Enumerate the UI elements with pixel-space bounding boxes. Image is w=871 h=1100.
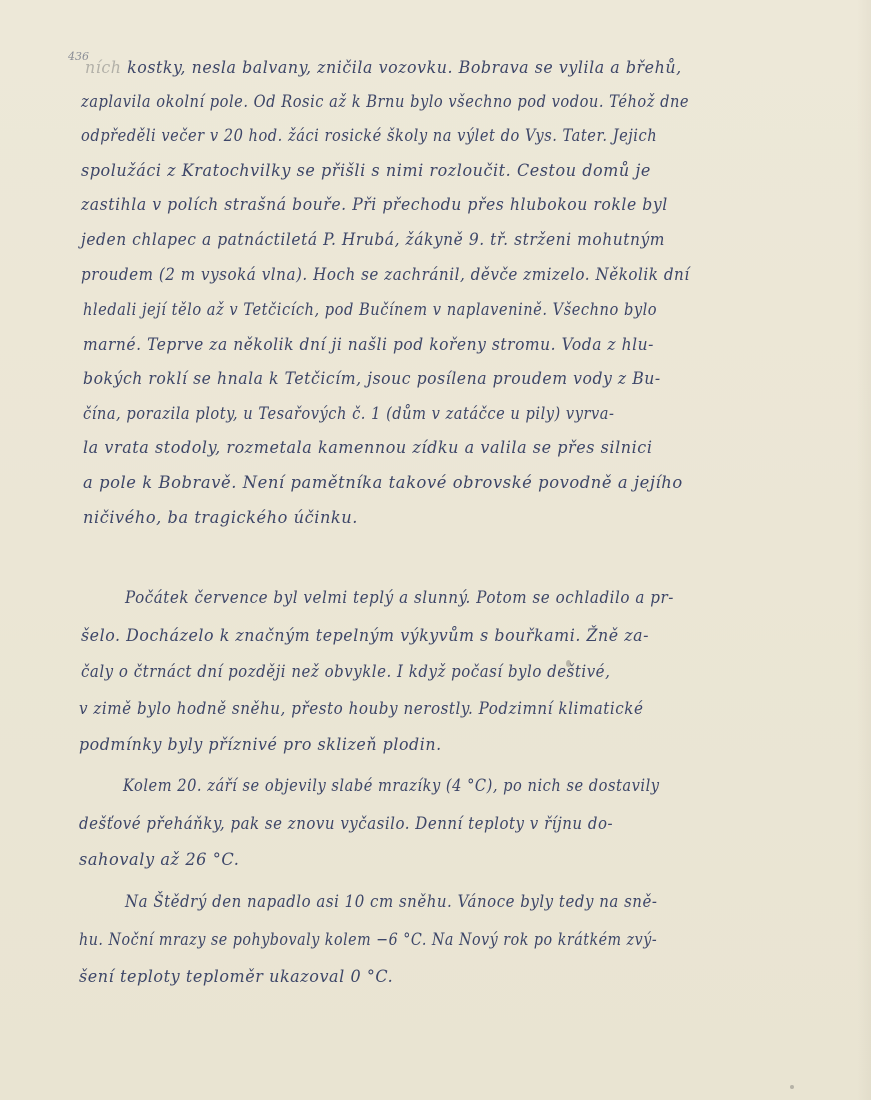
paragraph-start-line: Počátek července byl velmi teplý a slunn…	[125, 588, 674, 608]
paper-speck	[566, 660, 571, 667]
text-line: hledali její tělo až v Tetčicích, pod Bu…	[83, 300, 657, 320]
text-line: bokých roklí se hnala k Tetčicím, jsouc …	[83, 369, 661, 389]
paragraph-start-line: Na Štědrý den napadlo asi 10 cm sněhu. V…	[125, 892, 657, 912]
text-line: podmínky byly příznivé pro sklizeň plodi…	[79, 735, 442, 755]
text-line: odpředěli večer v 20 hod. žáci rosické š…	[81, 126, 657, 146]
paper-speck	[790, 1085, 794, 1089]
text-line: zaplavila okolní pole. Od Rosic až k Brn…	[81, 92, 689, 112]
text-line: proudem (2 m vysoká vlna). Hoch se zachr…	[81, 265, 690, 285]
text-line: marné. Teprve za několik dní ji našli po…	[83, 335, 654, 355]
text-line: čaly o čtrnáct dní později než obvykle. …	[81, 662, 610, 682]
text-line: v zimě bylo hodně sněhu, přesto houby ne…	[79, 699, 643, 719]
text-line: dešťové přeháňky, pak se znovu vyčasilo.…	[79, 814, 613, 834]
text-line: šelo. Docházelo k značným tepelným výkyv…	[81, 626, 649, 646]
text-line: spolužáci z Kratochvilky se přišli s nim…	[81, 161, 651, 181]
text-line: a pole k Bobravě. Není pamětníka takové …	[83, 473, 683, 493]
faded-word: ních	[85, 58, 122, 78]
paragraph-start-line: Kolem 20. září se objevily slabé mrazíky…	[123, 776, 660, 796]
text-line: la vrata stodoly, rozmetala kamennou zíd…	[83, 438, 652, 458]
manuscript-page: 436 ních kostky, nesla balvany, zničila …	[0, 0, 871, 1100]
text-line: zastihla v polích strašná bouře. Při pře…	[81, 195, 668, 215]
text-line: šení teploty teploměr ukazoval 0 °C.	[79, 967, 393, 987]
text-line: hu. Noční mrazy se pohybovaly kolem −6 °…	[79, 930, 657, 950]
text-line: čína, porazila ploty, u Tesařových č. 1 …	[83, 404, 614, 424]
text-line: sahovaly až 26 °C.	[79, 850, 239, 870]
text-line: ničivého, ba tragického účinku.	[83, 508, 358, 528]
text-line: jeden chlapec a patnáctiletá P. Hrubá, ž…	[81, 230, 665, 250]
page-edge-shadow	[857, 0, 871, 1100]
text-line: ních kostky, nesla balvany, zničila vozo…	[85, 58, 682, 78]
